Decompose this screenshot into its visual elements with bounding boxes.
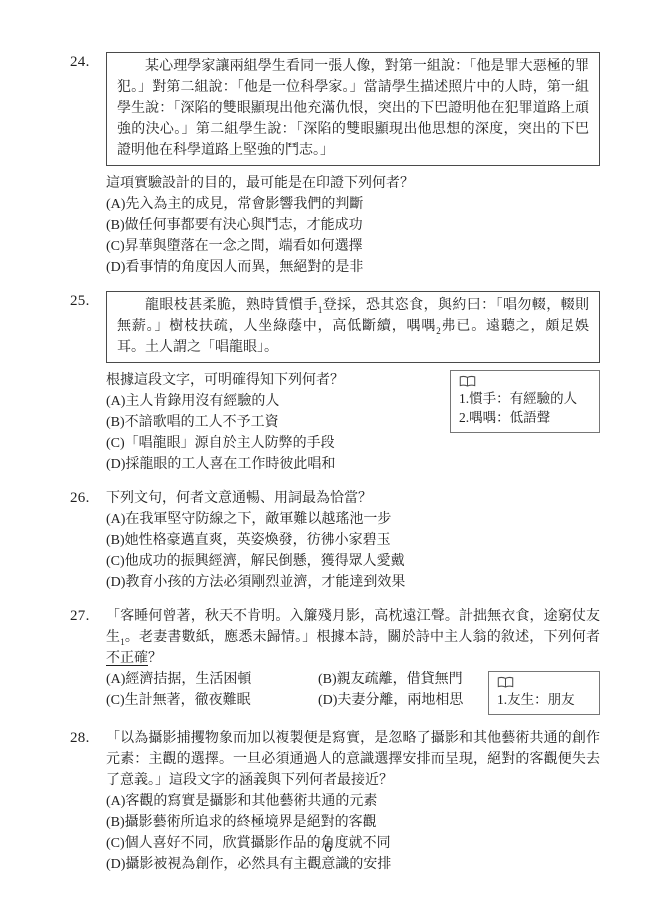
- passage-box: 龍眼枝甚柔脆，熟時賃慣手1登採，恐其恣食，與約曰：「唱勿輟，輟則無薪。」樹枝扶疏…: [106, 291, 600, 363]
- note-item: 1.慣手：有經驗的人: [459, 389, 591, 408]
- question-stem: 「以為攝影捕攫物象而加以複製便是寫實，是忽略了攝影和其他藝術共通的創作元素：主觀…: [106, 728, 600, 791]
- options-list: (A)客觀的寫實是攝影和其他藝術共通的元素 (B)攝影藝術所追求的終極境界是絕對…: [106, 791, 600, 875]
- option-b: (B)攝影藝術所追求的終極境界是絕對的客觀: [106, 812, 600, 833]
- note-item: 1.友生：朋友: [497, 690, 591, 709]
- open-book-icon: [497, 675, 591, 690]
- options-list: (A)先入為主的成見，常會影響我們的判斷 (B)做任何事都要有決心與鬥志，才能成…: [106, 194, 600, 278]
- emphasized-term: 不正確: [106, 651, 148, 666]
- question-stem: 根據這段文字，可明確得知下列何者？: [106, 370, 440, 391]
- question-number: 27.: [70, 606, 106, 715]
- page-number: 6: [0, 838, 656, 859]
- option-d: (D)教育小孩的方法必須剛烈並濟，才能達到效果: [106, 572, 600, 593]
- option-a: (A)主人肯錄用沒有經驗的人: [106, 391, 440, 412]
- option-d: (D)採龍眼的工人喜在工作時彼此唱和: [106, 454, 440, 475]
- option-c: (C)「唱龍眼」源自於主人防弊的手段: [106, 433, 440, 454]
- question-25: 25. 龍眼枝甚柔脆，熟時賃慣手1登採，恐其恣食，與約曰：「唱勿輟，輟則無薪。」…: [70, 291, 600, 475]
- question-stem: 這項實驗設計的目的，最可能是在印證下列何者？: [106, 173, 600, 194]
- vocabulary-note-box: 1.慣手：有經驗的人 2.喁喁：低語聲: [450, 370, 600, 433]
- exam-page: 24. 某心理學家讓兩組學生看同一張人像，對第一組說：「他是罪大惡極的罪犯。」對…: [0, 0, 656, 906]
- option-d: (D)看事情的角度因人而異，無絕對的是非: [106, 257, 600, 278]
- option-b: (B)不諳歌唱的工人不予工資: [106, 412, 440, 433]
- question-27: 27. 「客睡何曾著，秋天不肯明。入簾殘月影，高枕遠江聲。計拙無衣食，途窮仗友生…: [70, 606, 600, 715]
- option-b: (B)她性格豪邁直爽，英姿煥發，彷彿小家碧玉: [106, 530, 600, 551]
- passage-text: 某心理學家讓兩組學生看同一張人像，對第一組說：「他是罪大惡極的罪犯。」對第二組說…: [117, 56, 589, 161]
- option-b: (B)做任何事都要有決心與鬥志，才能成功: [106, 215, 600, 236]
- question-stem: 下列文句，何者文意通暢、用詞最為恰當？: [106, 488, 600, 509]
- option-c: (C)生計無著，徹夜難眠: [106, 690, 318, 711]
- option-a: (A)經濟拮据，生活困頓: [106, 669, 318, 690]
- options-list: (A)經濟拮据，生活困頓 (B)親友疏離，借貸無門 (C)生計無著，徹夜難眠 (…: [106, 669, 478, 711]
- question-stem: 「客睡何曾著，秋天不肯明。入簾殘月影，高枕遠江聲。計拙無衣食，途窮仗友生1。老妻…: [106, 606, 600, 669]
- question-26: 26. 下列文句，何者文意通暢、用詞最為恰當？ (A)在我軍堅守防線之下，敵軍難…: [70, 488, 600, 593]
- option-d: (D)夫妻分離，兩地相思: [318, 690, 478, 711]
- question-number: 24.: [70, 52, 106, 278]
- question-number: 25.: [70, 291, 106, 475]
- question-number: 26.: [70, 488, 106, 593]
- options-list: (A)主人肯錄用沒有經驗的人 (B)不諳歌唱的工人不予工資 (C)「唱龍眼」源自…: [106, 391, 440, 475]
- vocabulary-note-box: 1.友生：朋友: [488, 671, 600, 715]
- option-c: (C)他成功的振興經濟，解民倒懸，獲得眾人愛戴: [106, 551, 600, 572]
- options-list: (A)在我軍堅守防線之下，敵軍難以越瑤池一步 (B)她性格豪邁直爽，英姿煥發，彷…: [106, 509, 600, 593]
- open-book-icon: [459, 374, 591, 389]
- option-a: (A)客觀的寫實是攝影和其他藝術共通的元素: [106, 791, 600, 812]
- passage-text: 龍眼枝甚柔脆，熟時賃慣手1登採，恐其恣食，與約曰：「唱勿輟，輟則無薪。」樹枝扶疏…: [117, 295, 589, 358]
- option-b: (B)親友疏離，借貸無門: [318, 669, 478, 690]
- option-a: (A)先入為主的成見，常會影響我們的判斷: [106, 194, 600, 215]
- option-a: (A)在我軍堅守防線之下，敵軍難以越瑤池一步: [106, 509, 600, 530]
- passage-box: 某心理學家讓兩組學生看同一張人像，對第一組說：「他是罪大惡極的罪犯。」對第二組說…: [106, 52, 600, 166]
- option-c: (C)昇華與墮落在一念之間，端看如何選擇: [106, 236, 600, 257]
- note-item: 2.喁喁：低語聲: [459, 408, 591, 427]
- question-24: 24. 某心理學家讓兩組學生看同一張人像，對第一組說：「他是罪大惡極的罪犯。」對…: [70, 52, 600, 278]
